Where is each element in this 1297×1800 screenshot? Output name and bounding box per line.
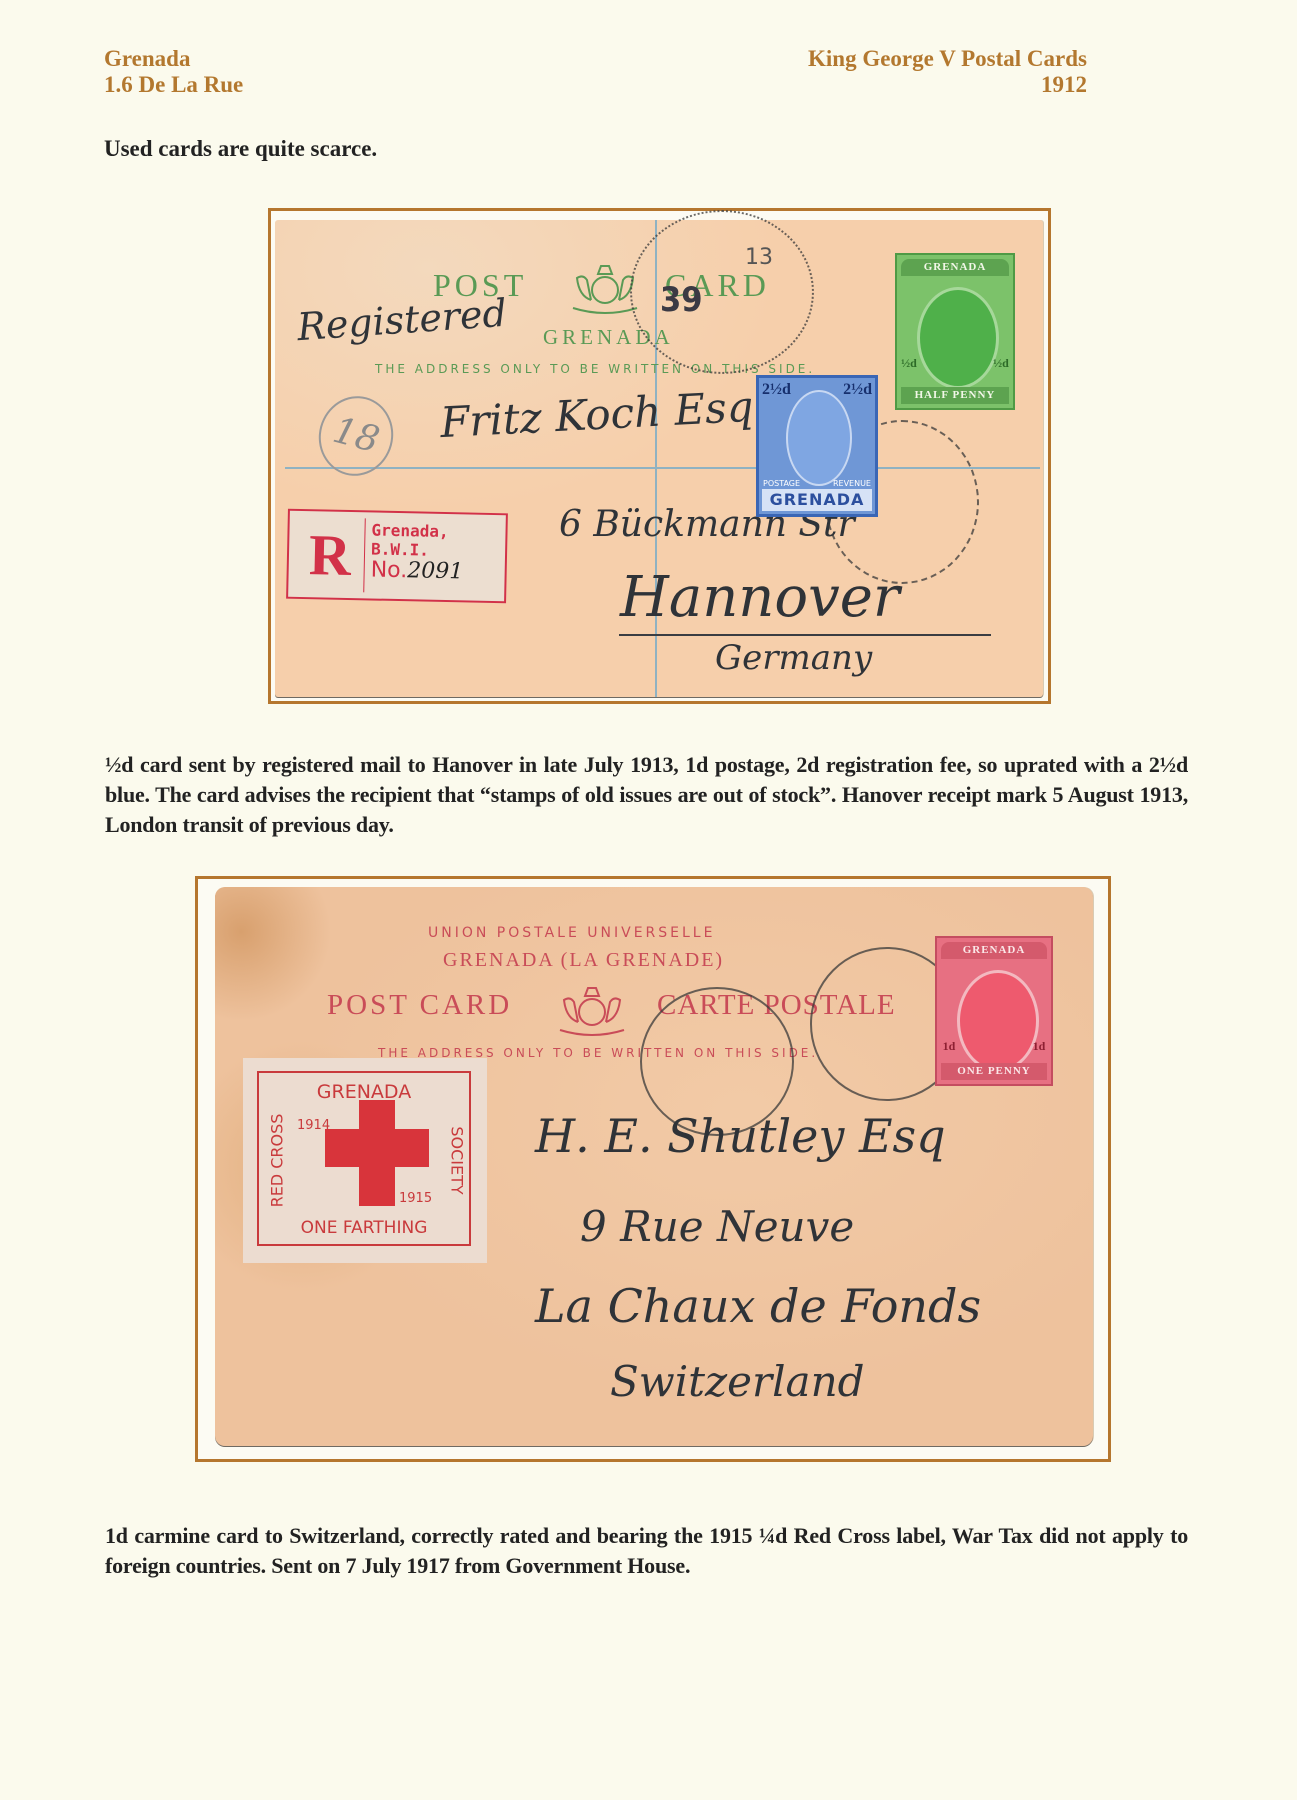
year-title: 1912 [808,72,1087,98]
city-underline [619,634,991,636]
handwriting-addressee: H. E. Shutley Esq [535,1109,946,1163]
card2-caption: 1d carmine card to Switzerland, correctl… [105,1521,1188,1581]
indicium-value-right: ½d [992,357,1010,369]
registration-label: R Grenada, B.W.I. No.2091 [286,509,508,604]
blue-adhesive-stamp: 2½d 2½d POSTAGE REVENUE GRENADA [756,375,878,517]
halfpenny-indicium: GRENADA ½d ½d HALF PENNY [895,253,1015,410]
indicium-value-left: ½d [900,357,918,369]
stamp-revenue-label: REVENUE [833,479,871,488]
registration-office: Grenada, B.W.I. [371,520,506,561]
card2-postcard: UNION POSTALE UNIVERSELLE GRENADA (LA GR… [215,887,1093,1446]
card1-postcard: POST CARD GRENADA THE ADDRESS ONLY TO BE… [275,220,1043,697]
handwriting-country: Switzerland [610,1357,865,1406]
section-title: 1.6 De La Rue [104,72,243,98]
stamp-value-right: 2½d [843,381,872,399]
card1-caption: ½d card sent by registered mail to Hanov… [105,750,1188,840]
handwriting-street: 9 Rue Neuve [580,1202,854,1251]
indicium-value-left: 1d [940,1040,958,1052]
card1-mount: POST CARD GRENADA THE ADDRESS ONLY TO BE… [268,208,1051,704]
card2-upu-text: UNION POSTALE UNIVERSELLE [428,925,715,941]
registration-letter: R [308,521,351,589]
postmark-date: 13 [745,245,773,270]
red-cross-label: GRENADA RED CROSS SOCIETY ONE FARTHING 1… [243,1058,487,1263]
stamp-country: GRENADA [762,489,872,511]
handwriting-city: Hannover [620,565,900,630]
indicium-value-words: ONE PENNY [941,1063,1047,1080]
one-penny-indicium: GRENADA 1d 1d ONE PENNY [935,936,1053,1086]
king-portrait-icon [917,287,999,389]
registration-number-prefix: No. [370,557,407,583]
card2-mount: UNION POSTALE UNIVERSELLE GRENADA (LA GR… [195,876,1111,1462]
collection-title: King George V Postal Cards [808,46,1087,72]
label-right-text: SOCIETY [448,1101,467,1221]
indicium-country: GRENADA [941,942,1047,959]
red-cross-label-border: GRENADA RED CROSS SOCIETY ONE FARTHING 1… [257,1071,471,1246]
handwriting-addressee: Fritz Koch Esq [439,382,755,447]
king-portrait-icon [957,970,1039,1072]
page-header-left: Grenada 1.6 De La Rue [104,46,243,98]
card2-country: GRENADA (LA GRENADE) [443,949,724,972]
handwriting-registered: Registered [296,291,508,350]
page-header-right: King George V Postal Cards 1912 [808,46,1087,98]
stamp-postage-label: POSTAGE [763,479,800,488]
registration-divider [363,518,366,592]
king-portrait-icon [786,390,852,486]
stamp-value-left: 2½d [762,381,791,399]
intro-text: Used cards are quite scarce. [104,136,377,162]
handwriting-city: La Chaux de Fonds [535,1279,981,1333]
postmark-transit [630,210,814,374]
indicium-country: GRENADA [901,259,1009,276]
handwriting-country: Germany [715,638,872,678]
red-cross-icon-vertical [359,1100,395,1206]
circled-number-mark: 18 [310,388,402,484]
registration-number-value: 2091 [407,558,464,584]
postmark-number: 39 [660,280,703,320]
registration-number: No.2091 [370,557,463,584]
card2-post-card: POST CARD [327,989,512,1022]
indicium-value-words: HALF PENNY [901,387,1009,404]
label-bottom-text: ONE FARTHING [259,1218,469,1238]
country-title: Grenada [104,46,243,72]
royal-arms-icon [552,982,632,1040]
indicium-value-right: 1d [1030,1040,1048,1052]
label-left-text: RED CROSS [268,1101,287,1221]
label-year-end: 1915 [399,1191,432,1206]
